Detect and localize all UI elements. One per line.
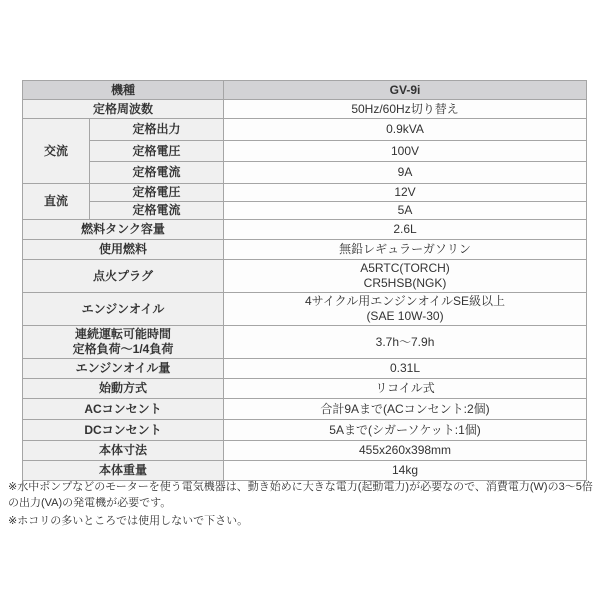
row-fuel-tank: 燃料タンク容量 2.6L <box>23 220 587 240</box>
row-model: 機種 GV-9i <box>23 81 587 100</box>
weight-value: 14kg <box>224 461 587 481</box>
ac-output-value: 0.9kVA <box>224 119 587 141</box>
spec-table: 機種 GV-9i 定格周波数 50Hz/60Hz切り替え 交流 定格出力 0.9… <box>22 80 587 481</box>
row-dimensions: 本体寸法 455x260x398mm <box>23 441 587 461</box>
oil-capacity-label: エンジンオイル量 <box>23 359 224 379</box>
footnote-dust-warning: ※ホコリの多いところでは使用しないで下さい。 <box>8 513 594 529</box>
dc-voltage-label: 定格電圧 <box>90 184 224 202</box>
spark-plug-label: 点火プラグ <box>23 260 224 293</box>
dimensions-value: 455x260x398mm <box>224 441 587 461</box>
frequency-label: 定格周波数 <box>23 100 224 119</box>
ac-outlet-label: ACコンセント <box>23 399 224 420</box>
row-engine-oil: エンジンオイル 4サイクル用エンジンオイルSE級以上 (SAE 10W-30) <box>23 293 587 326</box>
row-ac-output: 交流 定格出力 0.9kVA <box>23 119 587 141</box>
row-frequency: 定格周波数 50Hz/60Hz切り替え <box>23 100 587 119</box>
row-dc-outlet: DCコンセント 5Aまで(シガーソケット:1個) <box>23 420 587 441</box>
fuel-type-value: 無鉛レギュラーガソリン <box>224 240 587 260</box>
spark-plug-value-line1: A5RTC(TORCH) <box>228 261 582 276</box>
spark-plug-value-line2: CR5HSB(NGK) <box>228 276 582 291</box>
spark-plug-value: A5RTC(TORCH) CR5HSB(NGK) <box>224 260 587 293</box>
footnotes: ※水中ポンプなどのモーターを使う電気機器は、動き始めに大きな電力(起動電力)が必… <box>8 479 594 531</box>
model-value: GV-9i <box>224 81 587 100</box>
dimensions-label: 本体寸法 <box>23 441 224 461</box>
row-start-method: 始動方式 リコイル式 <box>23 379 587 399</box>
ac-group-label: 交流 <box>23 119 90 184</box>
dc-group-label: 直流 <box>23 184 90 220</box>
row-dc-voltage: 直流 定格電圧 12V <box>23 184 587 202</box>
row-ac-voltage: 定格電圧 100V <box>23 141 587 162</box>
frequency-value: 50Hz/60Hz切り替え <box>224 100 587 119</box>
engine-oil-value: 4サイクル用エンジンオイルSE級以上 (SAE 10W-30) <box>224 293 587 326</box>
weight-label: 本体重量 <box>23 461 224 481</box>
row-oil-capacity: エンジンオイル量 0.31L <box>23 359 587 379</box>
dc-outlet-label: DCコンセント <box>23 420 224 441</box>
dc-current-label: 定格電流 <box>90 202 224 220</box>
ac-current-value: 9A <box>224 162 587 184</box>
run-time-value: 3.7h〜7.9h <box>224 326 587 359</box>
oil-capacity-value: 0.31L <box>224 359 587 379</box>
row-ac-current: 定格電流 9A <box>23 162 587 184</box>
engine-oil-label: エンジンオイル <box>23 293 224 326</box>
engine-oil-value-line2: (SAE 10W-30) <box>228 309 582 324</box>
start-method-label: 始動方式 <box>23 379 224 399</box>
fuel-tank-value: 2.6L <box>224 220 587 240</box>
ac-outlet-value: 合計9Aまで(ACコンセント:2個) <box>224 399 587 420</box>
run-time-label-line2: 定格負荷〜1/4負荷 <box>27 342 219 357</box>
row-ac-outlet: ACコンセント 合計9Aまで(ACコンセント:2個) <box>23 399 587 420</box>
ac-current-label: 定格電流 <box>90 162 224 184</box>
dc-current-value: 5A <box>224 202 587 220</box>
row-spark-plug: 点火プラグ A5RTC(TORCH) CR5HSB(NGK) <box>23 260 587 293</box>
model-label: 機種 <box>23 81 224 100</box>
fuel-type-label: 使用燃料 <box>23 240 224 260</box>
ac-output-label: 定格出力 <box>90 119 224 141</box>
row-fuel-type: 使用燃料 無鉛レギュラーガソリン <box>23 240 587 260</box>
row-run-time: 連続運転可能時間 定格負荷〜1/4負荷 3.7h〜7.9h <box>23 326 587 359</box>
ac-voltage-label: 定格電圧 <box>90 141 224 162</box>
footnote-startup-power: ※水中ポンプなどのモーターを使う電気機器は、動き始めに大きな電力(起動電力)が必… <box>8 479 594 511</box>
row-dc-current: 定格電流 5A <box>23 202 587 220</box>
row-weight: 本体重量 14kg <box>23 461 587 481</box>
ac-voltage-value: 100V <box>224 141 587 162</box>
run-time-label-line1: 連続運転可能時間 <box>27 327 219 342</box>
dc-voltage-value: 12V <box>224 184 587 202</box>
start-method-value: リコイル式 <box>224 379 587 399</box>
run-time-label: 連続運転可能時間 定格負荷〜1/4負荷 <box>23 326 224 359</box>
fuel-tank-label: 燃料タンク容量 <box>23 220 224 240</box>
engine-oil-value-line1: 4サイクル用エンジンオイルSE級以上 <box>228 294 582 309</box>
dc-outlet-value: 5Aまで(シガーソケット:1個) <box>224 420 587 441</box>
